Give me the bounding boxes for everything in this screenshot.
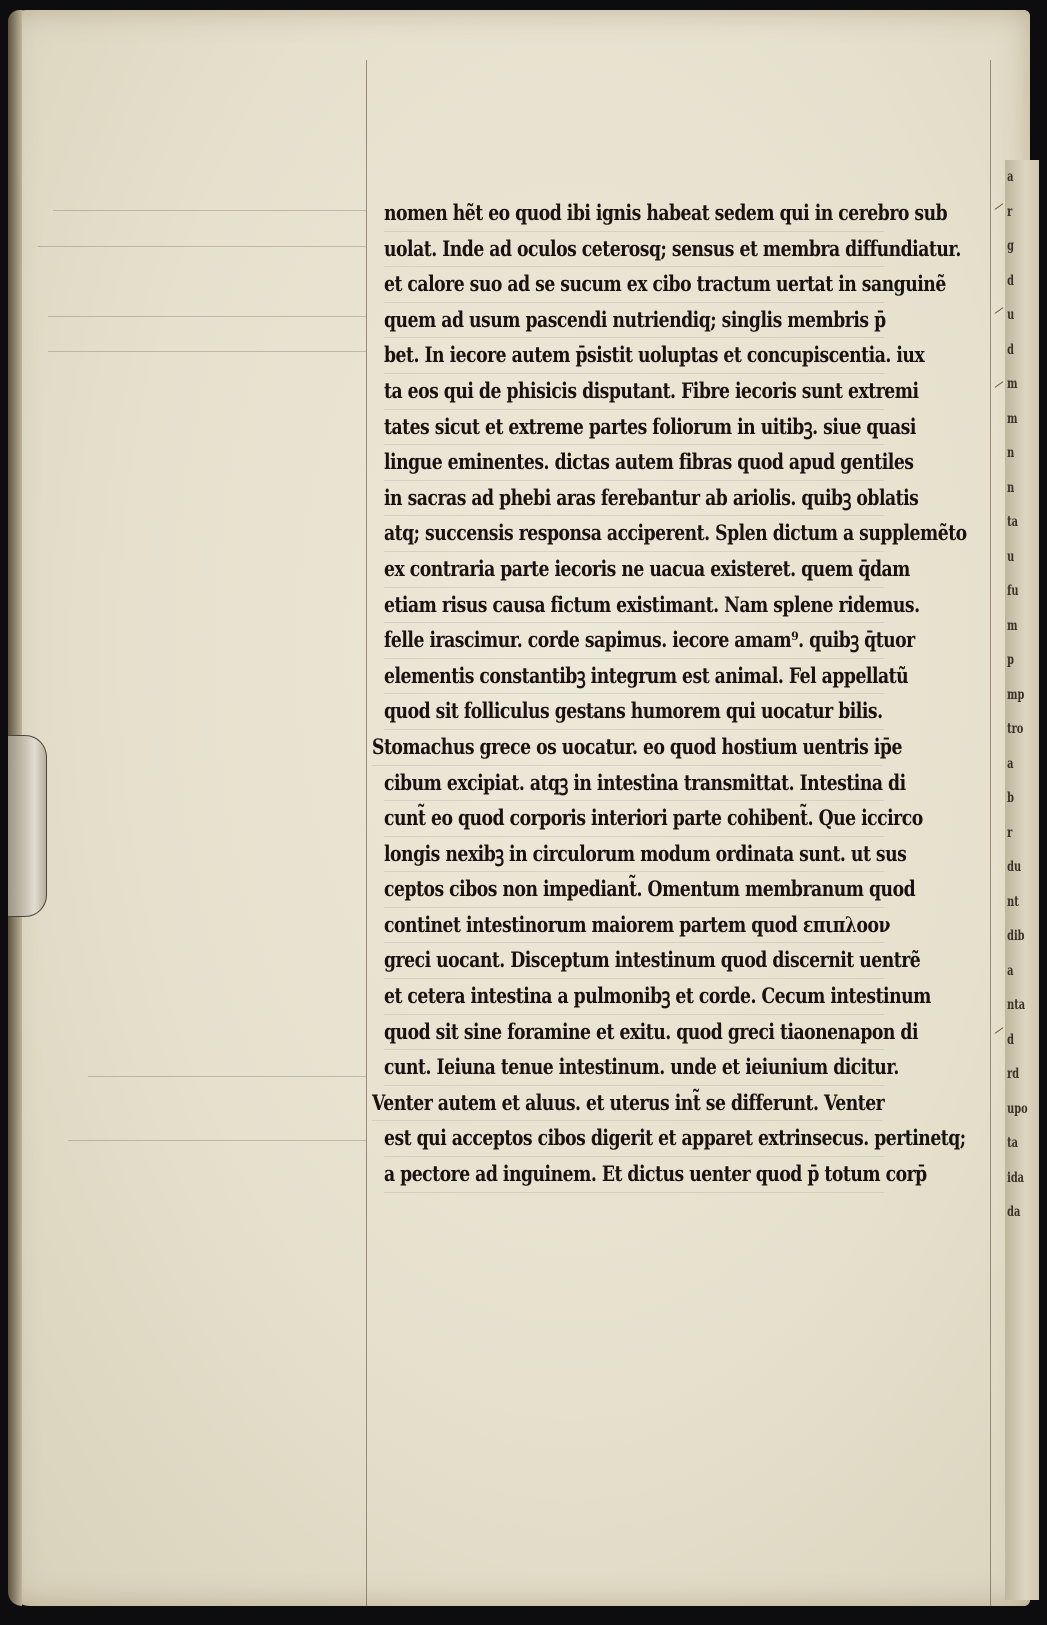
next-page-fragment: u: [1005, 540, 1029, 575]
text-line: uolat. Inde ad oculos ceterosq; sensus e…: [384, 232, 884, 268]
margin-ruling: [53, 210, 366, 211]
text-line: lingue eminentes. dictas autem fibras qu…: [384, 445, 884, 481]
next-page-fragment: ta: [1005, 1126, 1029, 1161]
marginal-mark: [995, 307, 1004, 314]
next-page-fragment: tro: [1005, 712, 1029, 747]
text-column: nomen hẽt eo quod ibi ignis habeat sedem…: [384, 196, 994, 1193]
text-line: et calore suo ad se sucum ex cibo tractu…: [384, 267, 884, 303]
next-page-fragment: m: [1005, 367, 1029, 402]
next-page-fragment: da: [1005, 1195, 1029, 1230]
next-page-fragment: r: [1005, 816, 1029, 851]
text-line: elementis constantibꝫ integrum est anima…: [384, 659, 884, 695]
next-page-fragment: d: [1005, 1023, 1029, 1058]
next-page-fragment: ida: [1005, 1161, 1029, 1196]
text-line: quod sit folliculus gestans humorem qui …: [384, 694, 884, 730]
next-page-fragment: n: [1005, 436, 1029, 471]
text-line: est qui acceptos cibos digerit et appare…: [384, 1121, 884, 1157]
text-line: atq; succensis responsa acciperent. Sple…: [384, 516, 884, 552]
next-page-fragment: m: [1005, 402, 1029, 437]
text-line: ceptos cibos non impediant̃. Omentum mem…: [384, 872, 884, 908]
next-page-fragment: m: [1005, 609, 1029, 644]
next-page-fragment: b: [1005, 781, 1029, 816]
marginal-mark: [995, 1027, 1004, 1034]
left-column-rule: [366, 60, 367, 1606]
margin-ruling: [38, 246, 366, 247]
text-line: in sacras ad phebi aras ferebantur ab ar…: [384, 481, 884, 517]
text-line-section-start: Stomachus grece os uocatur. eo quod host…: [372, 730, 882, 766]
next-page-fragment: d: [1005, 264, 1029, 299]
text-line: et cetera intestina a pulmonibꝫ et corde…: [384, 979, 884, 1015]
next-page-fragment: fu: [1005, 574, 1029, 609]
next-page-fragment: p: [1005, 643, 1029, 678]
text-line: cibum excipiat. atqꝫ in intestina transm…: [384, 766, 884, 802]
text-line: etiam risus causa fictum existimant. Nam…: [384, 588, 884, 624]
next-page-fragment: a: [1005, 747, 1029, 782]
text-line: quem ad usum pascendi nutriendiq; singli…: [384, 303, 884, 339]
text-line: nomen hẽt eo quod ibi ignis habeat sedem…: [384, 196, 884, 232]
text-line: quod sit sine foramine et exitu. quod gr…: [384, 1015, 884, 1051]
next-page-fragment: a: [1005, 954, 1029, 989]
marginal-mark: [995, 381, 1004, 388]
text-line: cunt̃ eo quod corporis interiori parte c…: [384, 801, 884, 837]
next-page-fragment: nta: [1005, 988, 1029, 1023]
next-page-fragment: g: [1005, 229, 1029, 264]
margin-ruling: [88, 1076, 366, 1077]
text-line: ex contraria parte iecoris ne uacua exis…: [384, 552, 884, 588]
next-page-fragment: dib: [1005, 919, 1029, 954]
margin-ruling: [48, 351, 366, 352]
next-page-fragment: u: [1005, 298, 1029, 333]
text-line: greci uocant. Disceptum intestinum quod …: [384, 943, 884, 979]
next-page-fragment: du: [1005, 850, 1029, 885]
text-line: felle irascimur. corde sapimus. iecore a…: [384, 623, 884, 659]
text-line: bet. In iecore autem p̄sistit uoluptas e…: [384, 338, 884, 374]
manuscript-folio: nomen hẽt eo quod ibi ignis habeat sedem…: [8, 10, 1030, 1606]
book-clasp: [8, 735, 47, 917]
text-line: continet intestinorum maiorem partem quo…: [384, 908, 884, 944]
next-page-fragment: n: [1005, 471, 1029, 506]
next-page-fragment: a: [1005, 160, 1029, 195]
next-page-fragment: nt: [1005, 885, 1029, 920]
next-page-fragment: rd: [1005, 1057, 1029, 1092]
text-line: cunt. Ieiuna tenue intestinum. unde et i…: [384, 1050, 884, 1086]
next-page-fragment: upo: [1005, 1092, 1029, 1127]
next-page-fragment: r: [1005, 195, 1029, 230]
margin-ruling: [48, 316, 366, 317]
text-line: a pectore ad inguinem. Et dictus uenter …: [384, 1157, 884, 1193]
next-page-fragment: d: [1005, 333, 1029, 368]
text-line-section-start: Venter autem et aluus. et uterus int̃ se…: [372, 1086, 882, 1122]
text-line: ta eos qui de phisicis disputant. Fibre …: [384, 374, 884, 410]
marginal-mark: [995, 203, 1004, 210]
next-page-fragment: ta: [1005, 505, 1029, 540]
text-line: tates sicut et extreme partes foliorum i…: [384, 410, 884, 446]
text-line: longis nexibꝫ in circulorum modum ordina…: [384, 837, 884, 873]
next-page-edge: argdudmmnntaufumpmptroabrduntdibantadrdu…: [1005, 160, 1039, 1600]
margin-ruling: [68, 1140, 366, 1141]
next-page-fragment: mp: [1005, 678, 1029, 713]
